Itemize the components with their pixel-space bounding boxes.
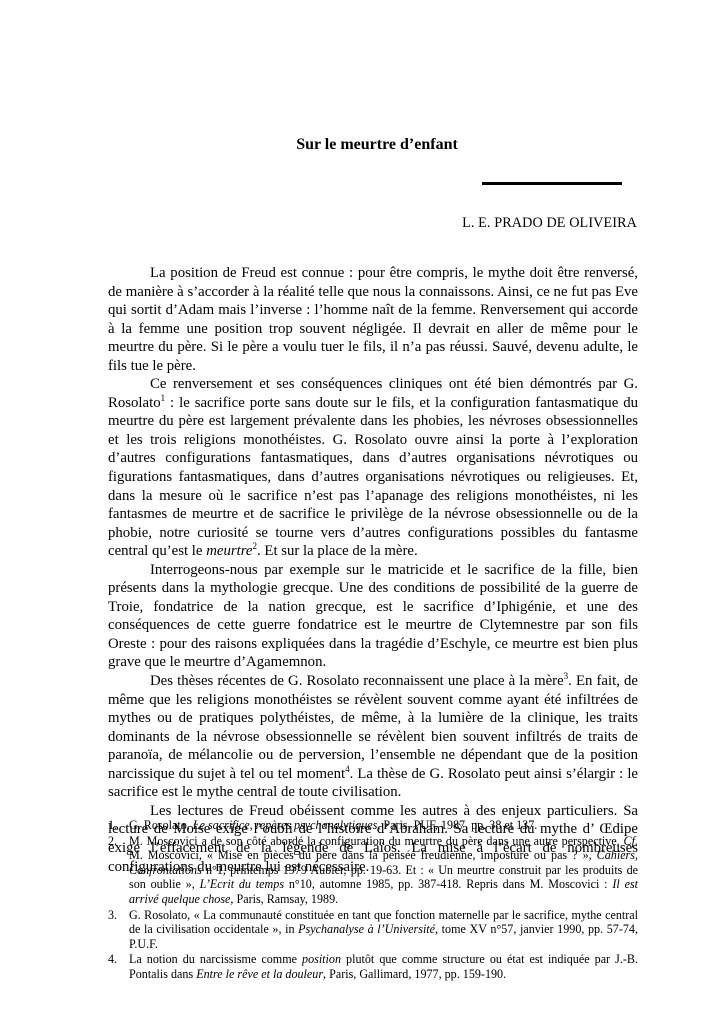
text-run: : le sacrifice porte sans doute sur le f…: [108, 395, 638, 559]
paragraph: Ce renversement et ses conséquences clin…: [108, 375, 638, 560]
footnote-number: 1.: [108, 818, 129, 833]
footnote-number: 2.: [108, 834, 129, 907]
text-run: Paris, PUF, 1987, pp. 38 et 137.: [380, 818, 537, 832]
italic-text: L’Ecrit du temps: [200, 877, 284, 891]
footnote-number: 4.: [108, 952, 129, 981]
italic-text: Le sacrifice, repères psychanalytiques,: [193, 818, 381, 832]
paragraph: Des thèses récentes de G. Rosolato recon…: [108, 672, 638, 802]
text-run: , Paris, Gallimard, 1977, pp. 159-190.: [323, 967, 506, 981]
paragraph: La position de Freud est connue : pour ê…: [108, 264, 638, 375]
text-run: . Et sur la place de la mère.: [257, 543, 418, 559]
text-run: M. Moscovici, « Mise en pièces du père d…: [129, 848, 597, 862]
footnote-text: La notion du narcissisme comme position …: [129, 952, 638, 981]
footnotes-list: 1.G. Rosolato, Le sacrifice, repères psy…: [108, 818, 638, 983]
text-run: La position de Freud est connue : pour ê…: [108, 265, 638, 374]
footnote-text: G. Rosolato, « La communauté constituée …: [129, 908, 638, 952]
footnote-item: 2.M. Moscovici a de son côté abordé la c…: [108, 834, 638, 907]
italic-text: Entre le rêve et la douleur: [196, 967, 323, 981]
text-run: Interrogeons-nous par exemple sur le mat…: [108, 562, 638, 671]
italic-text: meurtre: [206, 543, 252, 559]
footnote-item: 1.G. Rosolato, Le sacrifice, repères psy…: [108, 818, 638, 833]
paragraph: Interrogeons-nous par exemple sur le mat…: [108, 561, 638, 672]
page-title: Sur le meurtre d’enfant: [0, 136, 724, 154]
article-body: La position de Freud est connue : pour ê…: [108, 264, 638, 876]
footnote-text: M. Moscovici a de son côté abordé la con…: [129, 834, 638, 907]
italic-text: Cf.: [624, 834, 638, 848]
footnote-item: 3.G. Rosolato, « La communauté constitué…: [108, 908, 638, 952]
footnote-text: G. Rosolato, Le sacrifice, repères psych…: [129, 818, 638, 833]
footnote-item: 4.La notion du narcissisme comme positio…: [108, 952, 638, 981]
author-name: L. E. PRADO DE OLIVEIRA: [462, 215, 637, 232]
footnote-number: 3.: [108, 908, 129, 952]
title-rule-divider: [482, 182, 622, 185]
italic-text: Psychanalyse à l’Université,: [298, 922, 438, 936]
text-run: La notion du narcissisme comme: [129, 952, 302, 966]
text-run: Paris, Ramsay, 1989.: [233, 892, 338, 906]
text-run: n°10, automne 1985, pp. 387-418. Repris …: [284, 877, 612, 891]
text-run: G. Rosolato,: [129, 818, 193, 832]
italic-text: position: [302, 952, 341, 966]
text-run: Des thèses récentes de G. Rosolato recon…: [150, 673, 564, 689]
text-run: M. Moscovici a de son côté abordé la con…: [129, 834, 624, 848]
